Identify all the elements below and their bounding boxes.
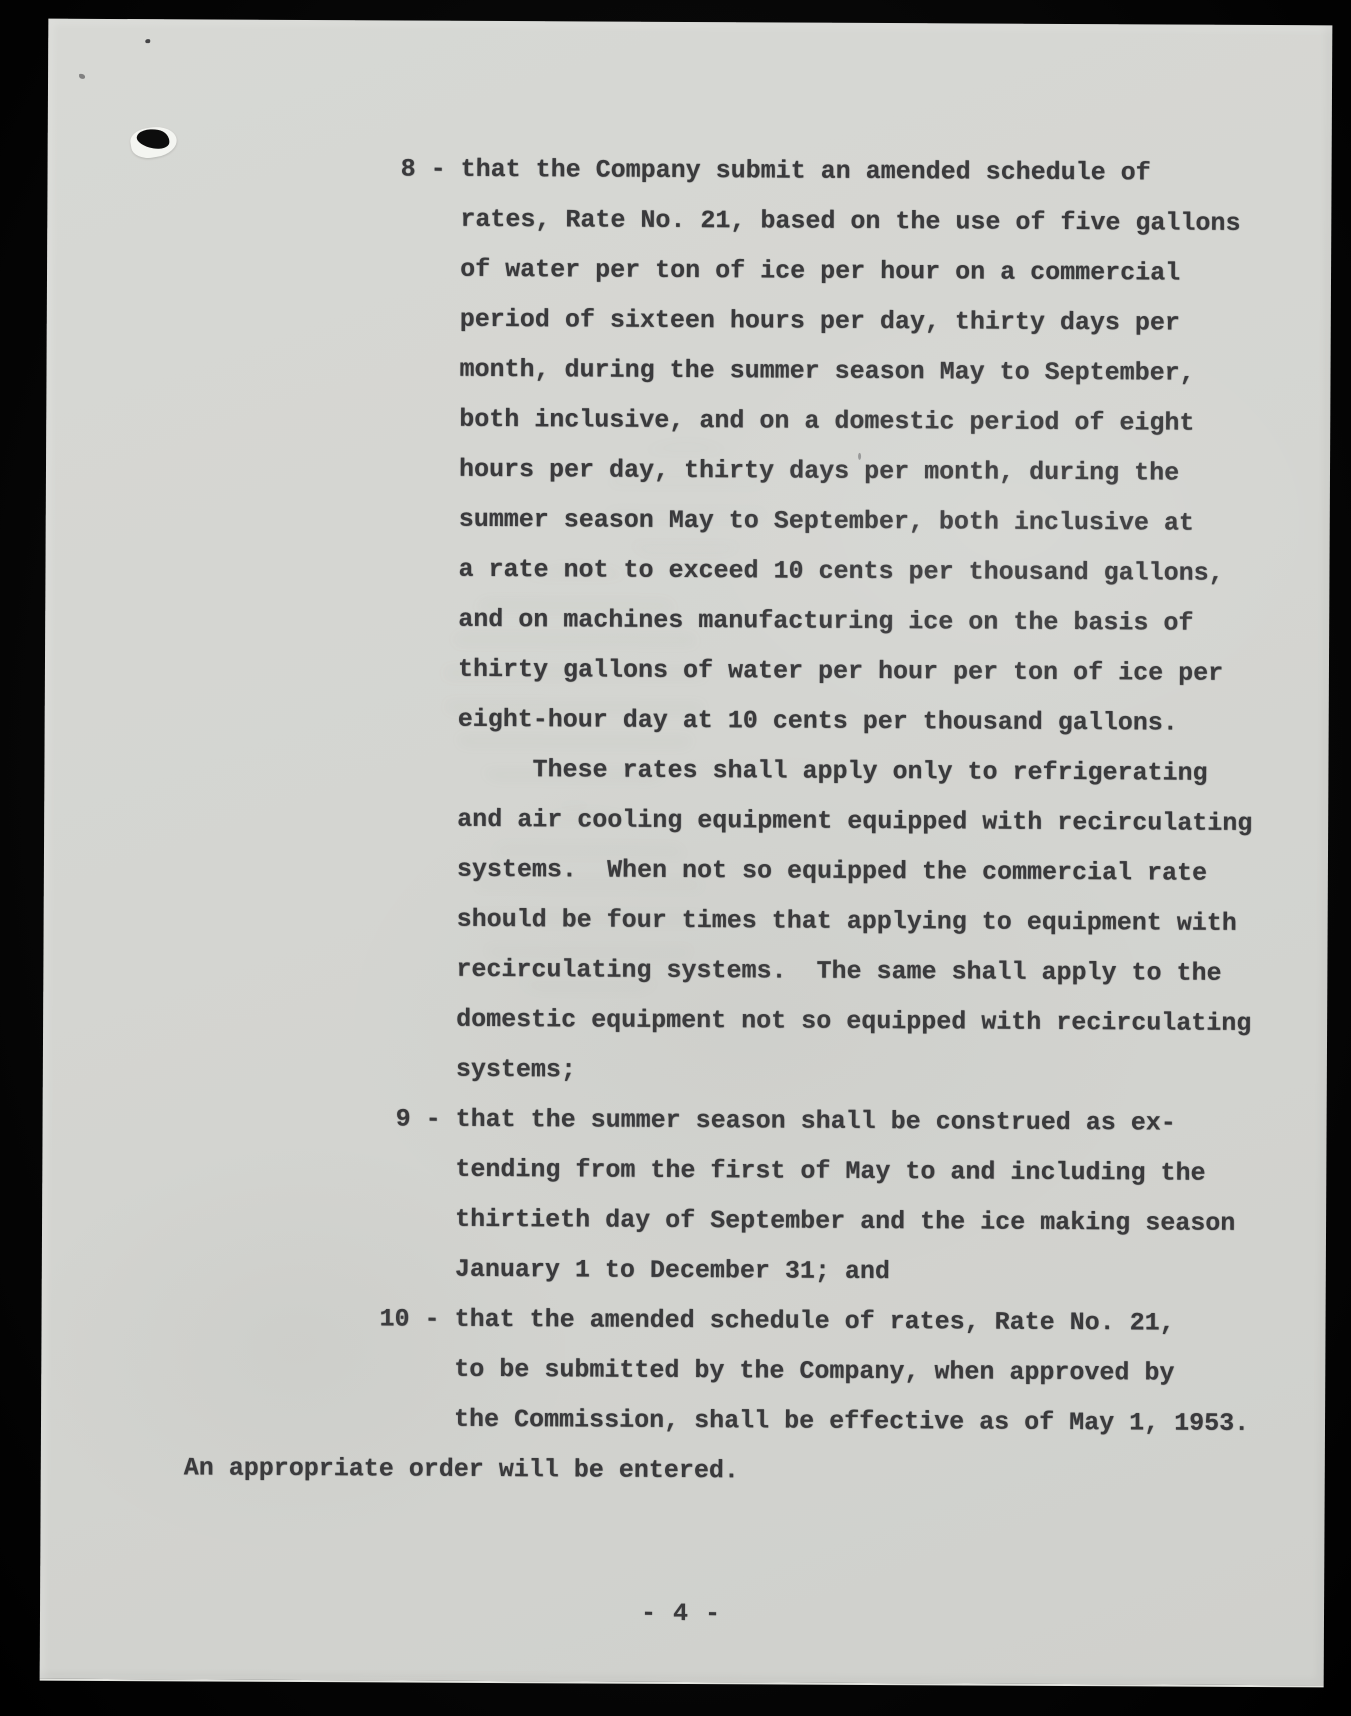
typed-line: An appropriate order will be entered. [184, 1443, 1249, 1499]
typed-line: systems; [186, 1043, 1251, 1099]
typed-line: to be submitted by the Company, when app… [184, 1343, 1249, 1399]
typed-line: thirty gallons of water per hour per ton… [188, 643, 1253, 699]
typed-line: should be four times that applying to eq… [187, 893, 1252, 949]
typed-line: month, during the summer season May to S… [189, 343, 1254, 399]
typed-line: both inclusive, and on a domestic period… [189, 393, 1254, 449]
page-number: - 4 - [641, 1589, 721, 1639]
typed-line: and air cooling equipment equipped with … [187, 793, 1252, 849]
typed-line: the Commission, shall be effective as of… [184, 1393, 1249, 1449]
typed-line: recirculating systems. The same shall ap… [186, 943, 1251, 999]
typed-line: 8 - that the Company submit an amended s… [190, 143, 1255, 199]
typed-line: and on machines manufacturing ice on the… [188, 593, 1253, 649]
document-page: 8 - that the Company submit an amended s… [40, 19, 1333, 1688]
typed-line: tending from the first of May to and inc… [185, 1143, 1250, 1199]
typed-line: thirtieth day of September and the ice m… [185, 1193, 1250, 1249]
typed-line: January 1 to December 31; and [185, 1243, 1250, 1299]
ink-speck-mark [79, 74, 85, 79]
scan-background: 8 - that the Company submit an amended s… [0, 0, 1351, 1716]
typed-line: summer season May to September, both inc… [189, 493, 1254, 549]
typed-line: period of sixteen hours per day, thirty … [190, 293, 1255, 349]
typed-line: systems. When not so equipped the commer… [187, 843, 1252, 899]
typed-line: eight-hour day at 10 cents per thousand … [188, 693, 1253, 749]
ink-speck-mark [145, 39, 150, 43]
typed-line: 10 - that the amended schedule of rates,… [184, 1293, 1249, 1349]
typed-line: a rate not to exceed 10 cents per thousa… [188, 543, 1253, 599]
typed-text-block: 8 - that the Company submit an amended s… [184, 143, 1256, 1499]
typed-line: domestic equipment not so equipped with … [186, 993, 1251, 1049]
typed-line: 9 - that the summer season shall be cons… [185, 1093, 1250, 1149]
typed-line: rates, Rate No. 21, based on the use of … [190, 193, 1255, 249]
typed-line: hours per day, thirty days per month, du… [189, 443, 1254, 499]
typed-line: These rates shall apply only to refriger… [187, 743, 1252, 799]
typed-line: of water per ton of ice per hour on a co… [190, 243, 1255, 299]
